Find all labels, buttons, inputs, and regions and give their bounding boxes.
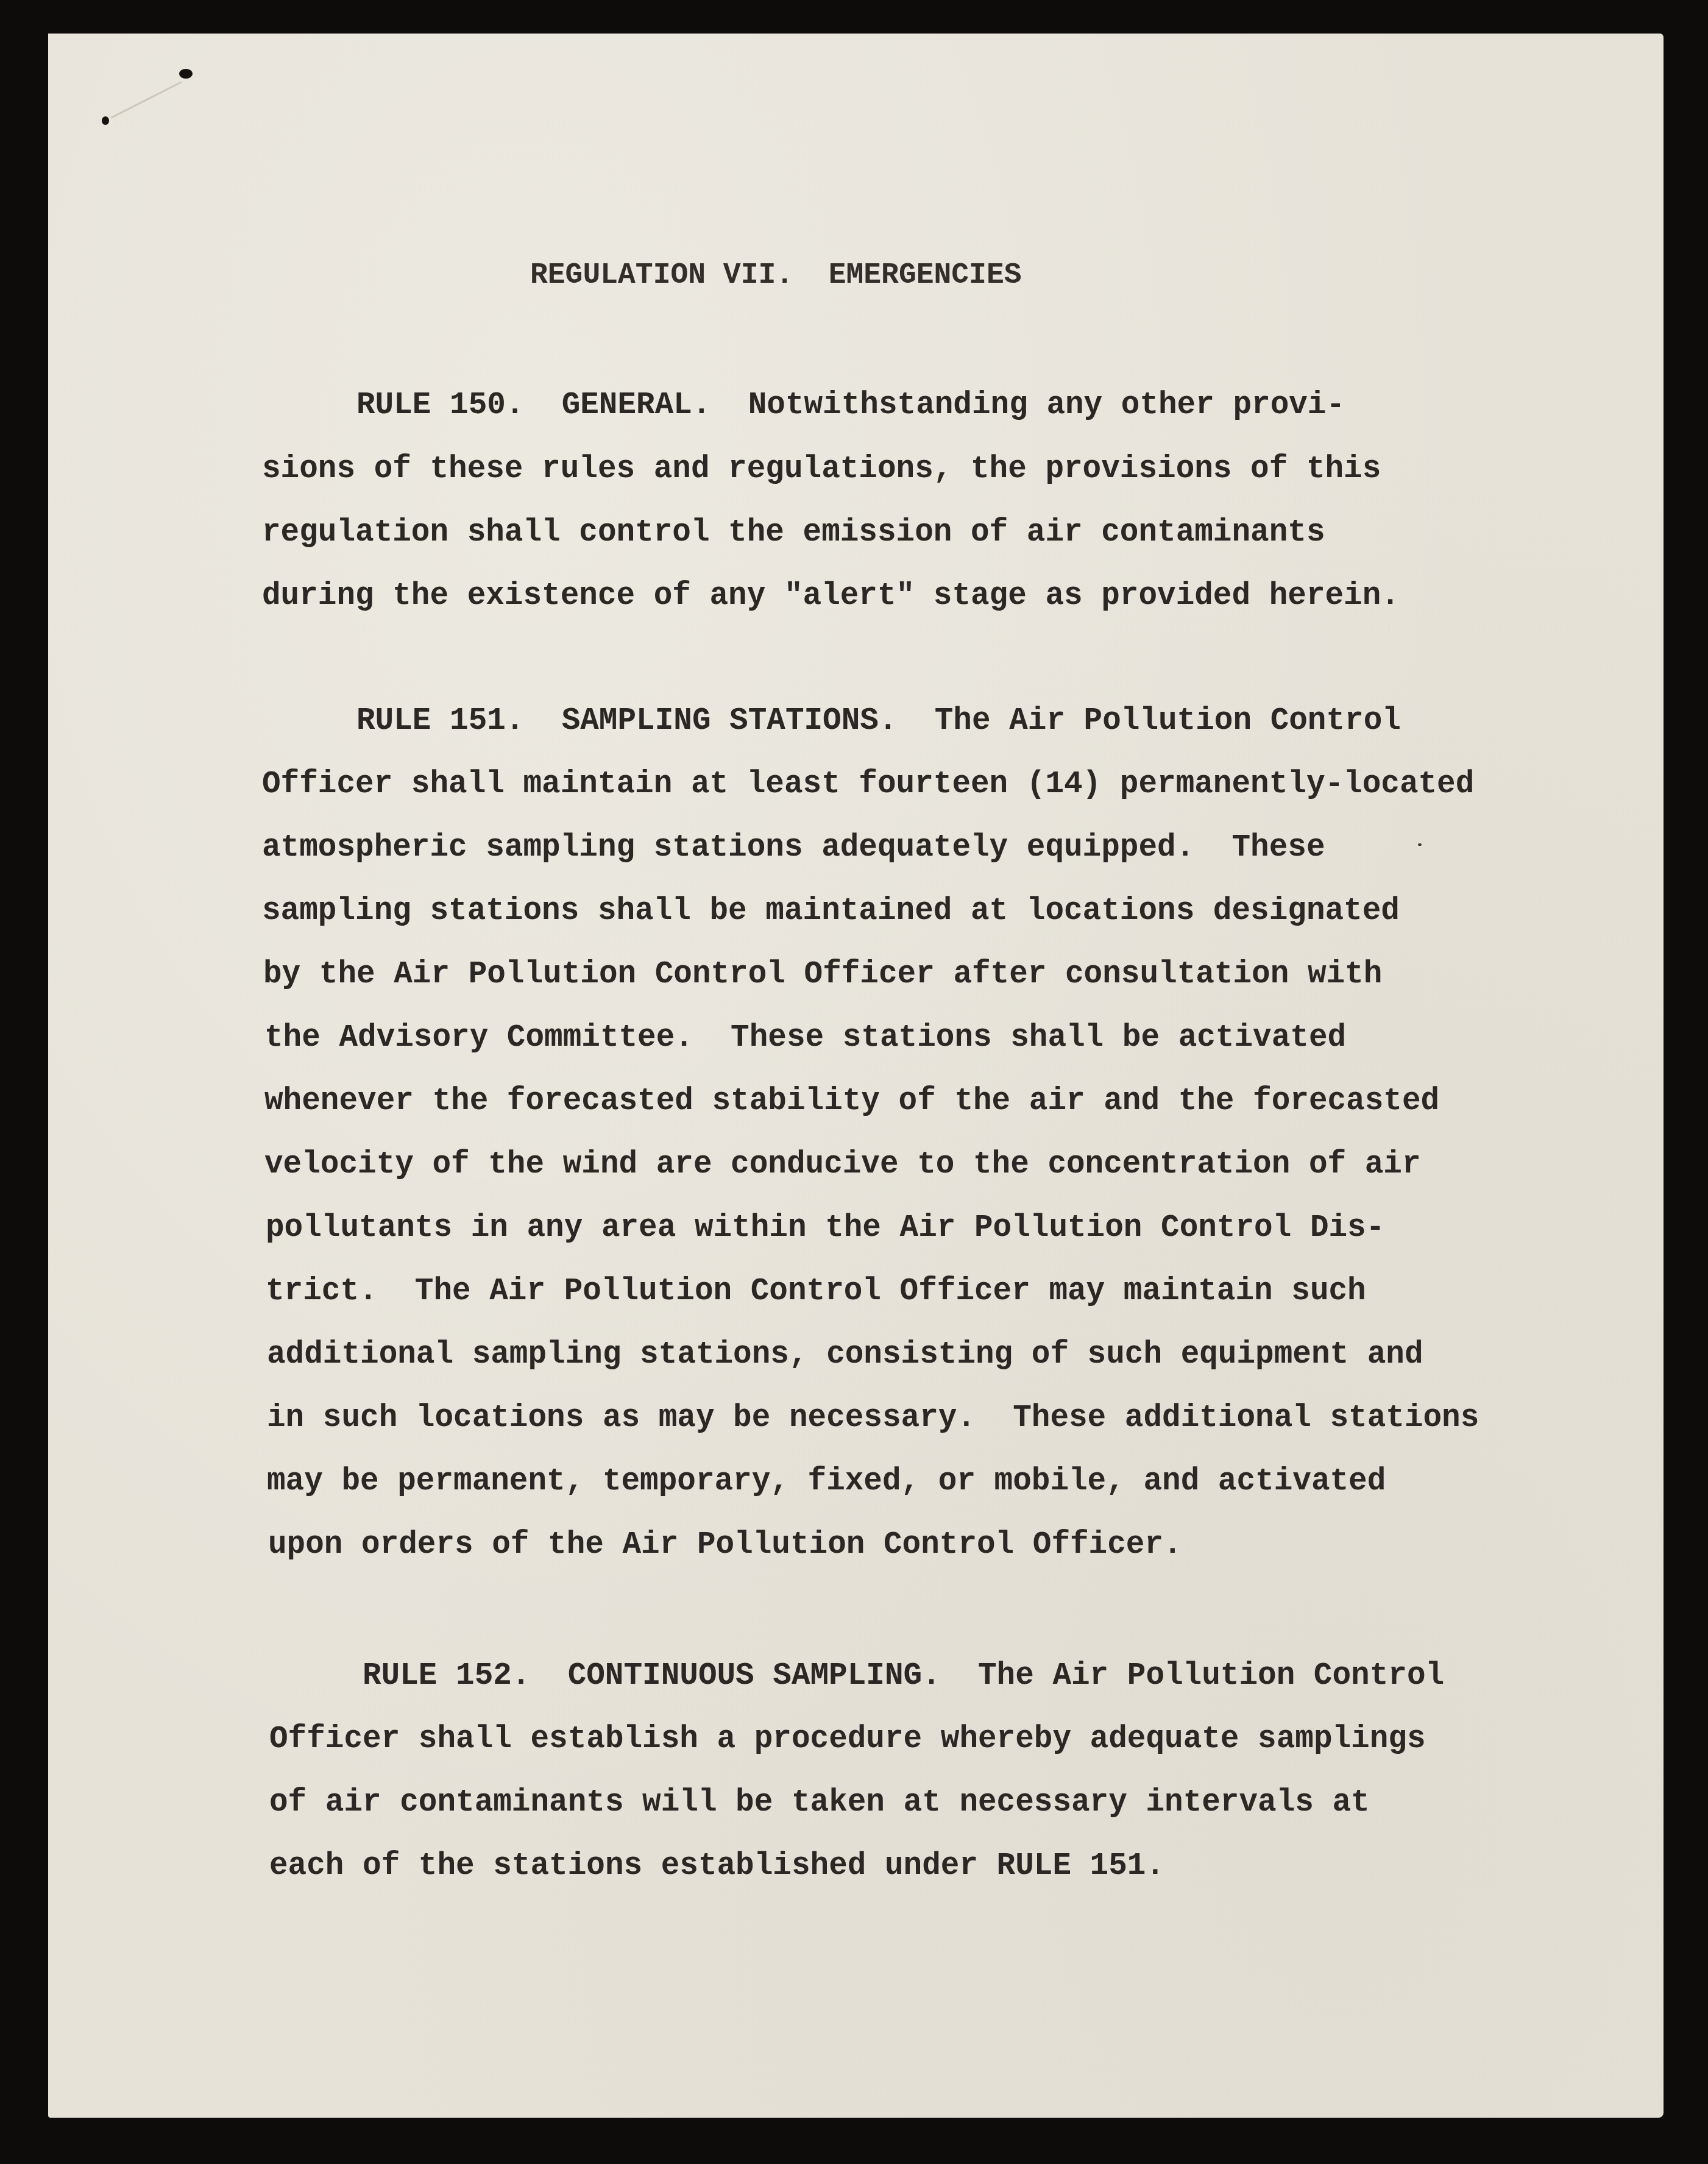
staple-hole-icon [102,116,109,125]
rule-line: velocity of the wind are conducive to th… [264,1149,1421,1180]
rule-line: in such locations as may be necessary. T… [267,1403,1479,1434]
rule-line: whenever the forecasted stability of the… [264,1086,1439,1117]
rule-line: regulation shall control the emission of… [262,517,1325,548]
rule-line: by the Air Pollution Control Officer aft… [263,959,1382,990]
rule-line: each of the stations established under R… [269,1851,1164,1882]
rule-line: upon orders of the Air Pollution Control… [268,1530,1182,1561]
rule-line: of air contaminants will be taken at nec… [269,1787,1370,1818]
staple-mark [110,81,182,119]
rule-line: pollutants in any area within the Air Po… [266,1213,1384,1244]
rule-line: additional sampling stations, consisting… [267,1339,1423,1371]
rule-line: during the existence of any "alert" stag… [262,581,1400,612]
rule-line: the Advisory Committee. These stations s… [264,1023,1346,1054]
page-title: REGULATION VII. EMERGENCIES [530,261,1022,290]
rule-line: trict. The Air Pollution Control Officer… [266,1276,1366,1307]
rule-line: Officer shall establish a procedure wher… [269,1724,1426,1755]
staple-hole-icon [179,69,193,79]
rule-line: sampling stations shall be maintained at… [262,896,1400,927]
ink-speck [1418,843,1422,846]
rule-line: RULE 150. GENERAL. Notwithstanding any o… [356,390,1345,421]
rule-line: may be permanent, temporary, fixed, or m… [267,1466,1386,1497]
rule-line: Officer shall maintain at least fourteen… [262,769,1474,800]
rule-line: sions of these rules and regulations, th… [262,454,1381,485]
rule-line: RULE 152. CONTINUOUS SAMPLING. The Air P… [363,1661,1444,1692]
rule-line: atmospheric sampling stations adequately… [262,832,1325,864]
rule-line: RULE 151. SAMPLING STATIONS. The Air Pol… [356,706,1401,737]
